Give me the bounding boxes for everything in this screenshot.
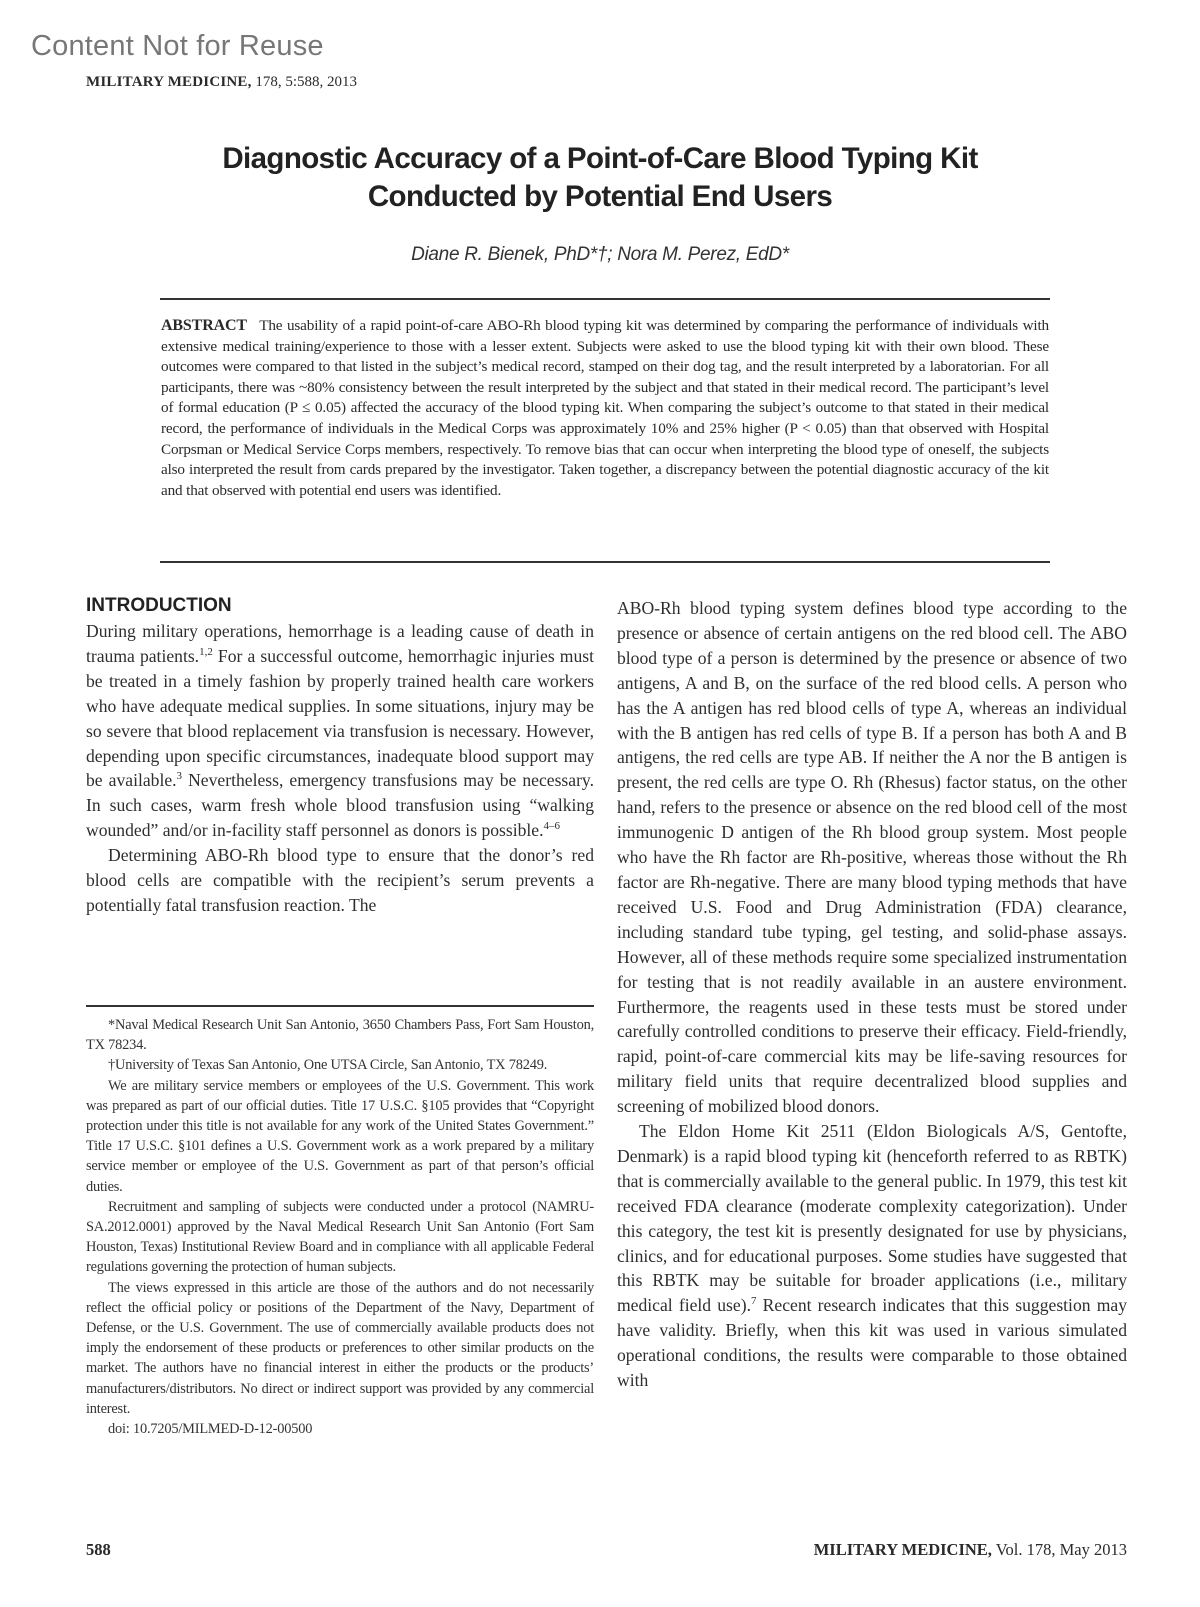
- abstract: ABSTRACT The usability of a rapid point-…: [161, 316, 1049, 501]
- intro-paragraph-2: Determining ABO-Rh blood type to ensure …: [86, 843, 594, 918]
- journal-name: MILITARY MEDICINE,: [86, 74, 252, 90]
- footnote-affiliation-2: †University of Texas San Antonio, One UT…: [86, 1055, 594, 1075]
- footnote-disclaimer: The views expressed in this article are …: [86, 1278, 594, 1419]
- article-title: Diagnostic Accuracy of a Point-of-Care B…: [0, 140, 1200, 216]
- footnotes: *Naval Medical Research Unit San Antonio…: [86, 1015, 594, 1439]
- footnote-rule: [86, 1005, 594, 1007]
- author-list: Diane R. Bienek, PhD*†; Nora M. Perez, E…: [0, 244, 1200, 266]
- footnote-affiliation-1: *Naval Medical Research Unit San Antonio…: [86, 1015, 594, 1055]
- left-column: INTRODUCTION During military operations,…: [86, 594, 594, 918]
- citation-superscript: 1,2: [199, 646, 213, 658]
- page-number: 588: [86, 1540, 111, 1560]
- abstract-top-rule: [160, 298, 1050, 300]
- footer-journal-name: MILITARY MEDICINE,: [814, 1540, 992, 1559]
- watermark-text: Content Not for Reuse: [31, 30, 324, 63]
- right-column: ABO-Rh blood typing system defines blood…: [617, 596, 1127, 1393]
- doi-link[interactable]: doi: 10.7205/MILMED-D-12-00500: [86, 1419, 594, 1439]
- abstract-label: ABSTRACT: [161, 317, 247, 334]
- citation-superscript: 4–6: [544, 820, 561, 832]
- title-line-1: Diagnostic Accuracy of a Point-of-Care B…: [0, 140, 1200, 178]
- title-line-2: Conducted by Potential End Users: [0, 178, 1200, 216]
- abstract-bottom-rule: [160, 561, 1050, 563]
- text-run: For a successful outcome, hemorrhagic in…: [86, 646, 594, 791]
- abstract-text: The usability of a rapid point-of-care A…: [161, 317, 1049, 499]
- intro-paragraph-1: During military operations, hemorrhage i…: [86, 619, 594, 843]
- footer-issue: Vol. 178, May 2013: [992, 1540, 1127, 1559]
- body-paragraph-2: The Eldon Home Kit 2511 (Eldon Biologica…: [617, 1119, 1127, 1393]
- text-run: The Eldon Home Kit 2511 (Eldon Biologica…: [617, 1121, 1127, 1315]
- footnote-copyright: We are military service members or emplo…: [86, 1076, 594, 1197]
- body-paragraph-1: ABO-Rh blood typing system defines blood…: [617, 596, 1127, 1119]
- section-heading-introduction: INTRODUCTION: [86, 594, 594, 618]
- footer-journal-info: MILITARY MEDICINE, Vol. 178, May 2013: [814, 1540, 1127, 1560]
- citation: 178, 5:588, 2013: [255, 74, 357, 90]
- footnote-irb: Recruitment and sampling of subjects wer…: [86, 1197, 594, 1278]
- running-head: MILITARY MEDICINE, 178, 5:588, 2013: [86, 74, 357, 91]
